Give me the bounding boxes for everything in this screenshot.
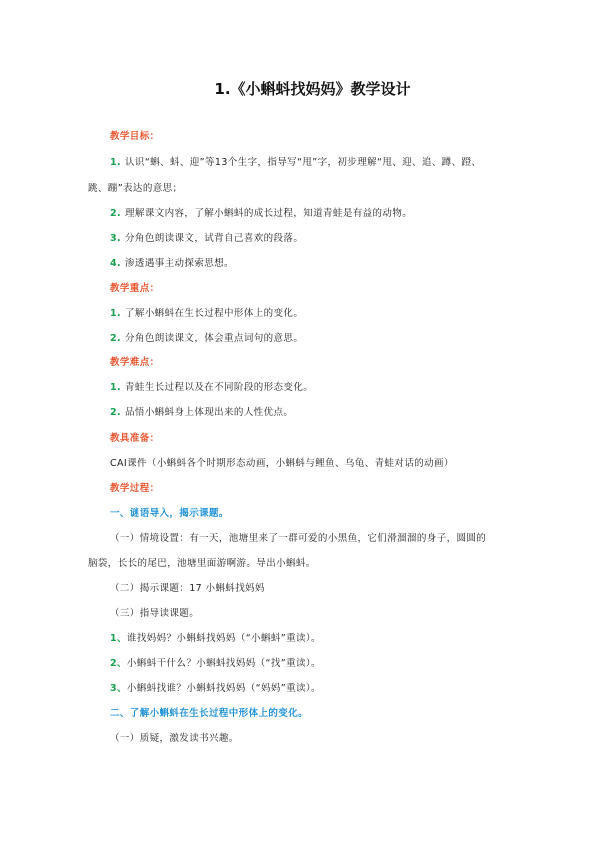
item-number: 2、 [110, 658, 127, 669]
key-points-heading: 教学重点： [110, 283, 160, 295]
goal-item-2: 2.理解课文内容，了解小蝌蚪的成长过程，知道青蛙是有益的动物。 [110, 208, 412, 220]
item-text: 渗透遇事主动探索思想。 [125, 258, 234, 269]
item-text: 品悟小蝌蚪身上体现出来的人性优点。 [125, 407, 293, 418]
difficulty-1: 1.青蛙生长过程以及在不同阶段的形态变化。 [110, 382, 313, 394]
goal-item-4: 4.渗透遇事主动探索思想。 [110, 258, 234, 270]
goal-item-1-cont: 跳、蹦”表达的意思； [88, 183, 182, 195]
goal-item-3: 3.分角色朗读课文，试背自己喜欢的段落。 [110, 233, 303, 245]
part1-paragraph-1: （一）情境设置：有一天，池塘里来了一群可爱的小黑鱼，它们滑溜溜的身子，圆圆的 [110, 533, 486, 545]
difficulty-2: 2.品悟小蝌蚪身上体现出来的人性优点。 [110, 407, 293, 419]
part2-heading: 二、了解小蝌蚪在生长过程中形体上的变化。 [110, 708, 308, 720]
item-number: 3、 [110, 683, 127, 694]
part1-item-1: 1、谁找妈妈？小蝌蚪找妈妈（“小蝌蚪”重读）。 [110, 633, 321, 645]
item-text: 理解课文内容，了解小蝌蚪的成长过程，知道青蛙是有益的动物。 [125, 208, 412, 219]
part1-heading: 一、谜语导入，揭示课题。 [110, 508, 229, 520]
part1-paragraph-1-cont: 脑袋，长长的尾巴，池塘里面游啊游。导出小蝌蚪。 [88, 558, 316, 570]
part1-item-3: 3、小蝌蚪找谁？小蝌蚪找妈妈（“妈妈”重读）。 [110, 683, 321, 695]
part1-paragraph-3: （三）指导读课题。 [110, 608, 199, 620]
item-text: 小蝌蚪找谁？小蝌蚪找妈妈（“妈妈”重读）。 [127, 683, 321, 694]
item-text: 小蝌蚪干什么？小蝌蚪找妈妈（“找”重读）。 [127, 658, 321, 669]
goals-heading: 教学目标： [110, 131, 160, 143]
process-heading: 教学过程： [110, 483, 160, 495]
item-number: 1. [110, 382, 121, 393]
item-text: 认识“蝌、蚪、迎”等13个生字，指导写“甩”字，初步理解“甩、迎、追、蹲、蹬、 [125, 157, 481, 168]
item-number: 2. [110, 407, 121, 418]
key-point-1: 1.了解小蝌蚪在生长过程中形体上的变化。 [110, 308, 303, 320]
item-number: 1. [110, 157, 121, 168]
part1-item-2: 2、小蝌蚪干什么？小蝌蚪找妈妈（“找”重读）。 [110, 658, 321, 670]
materials-text: CAI课件（小蝌蚪各个时期形态动画，小蝌蚪与鲤鱼、乌龟、青蛙对话的动画） [110, 458, 454, 470]
item-number: 1、 [110, 633, 127, 644]
key-point-2: 2.分角色朗读课文，体会重点词句的意思。 [110, 333, 303, 345]
item-text: 分角色朗读课文，试背自己喜欢的段落。 [125, 233, 303, 244]
document-title: 1.《小蝌蚪找妈妈》教学设计 [0, 78, 595, 99]
materials-heading: 教具准备： [110, 433, 160, 445]
item-number: 4. [110, 258, 121, 269]
item-number: 1. [110, 308, 121, 319]
item-text: 分角色朗读课文，体会重点词句的意思。 [125, 333, 303, 344]
item-text: 谁找妈妈？小蝌蚪找妈妈（“小蝌蚪”重读）。 [127, 633, 321, 644]
part1-paragraph-2: （二）揭示课题：17 小蝌蚪找妈妈 [110, 583, 265, 595]
item-number: 3. [110, 233, 121, 244]
part2-paragraph-1: （一）质疑，激发读书兴趣。 [110, 733, 239, 745]
goal-item-1: 1.认识“蝌、蚪、迎”等13个生字，指导写“甩”字，初步理解“甩、迎、追、蹲、蹬… [110, 157, 481, 169]
item-number: 2. [110, 208, 121, 219]
item-number: 2. [110, 333, 121, 344]
item-text: 了解小蝌蚪在生长过程中形体上的变化。 [125, 308, 303, 319]
difficulties-heading: 教学难点： [110, 357, 160, 369]
item-text: 青蛙生长过程以及在不同阶段的形态变化。 [125, 382, 313, 393]
